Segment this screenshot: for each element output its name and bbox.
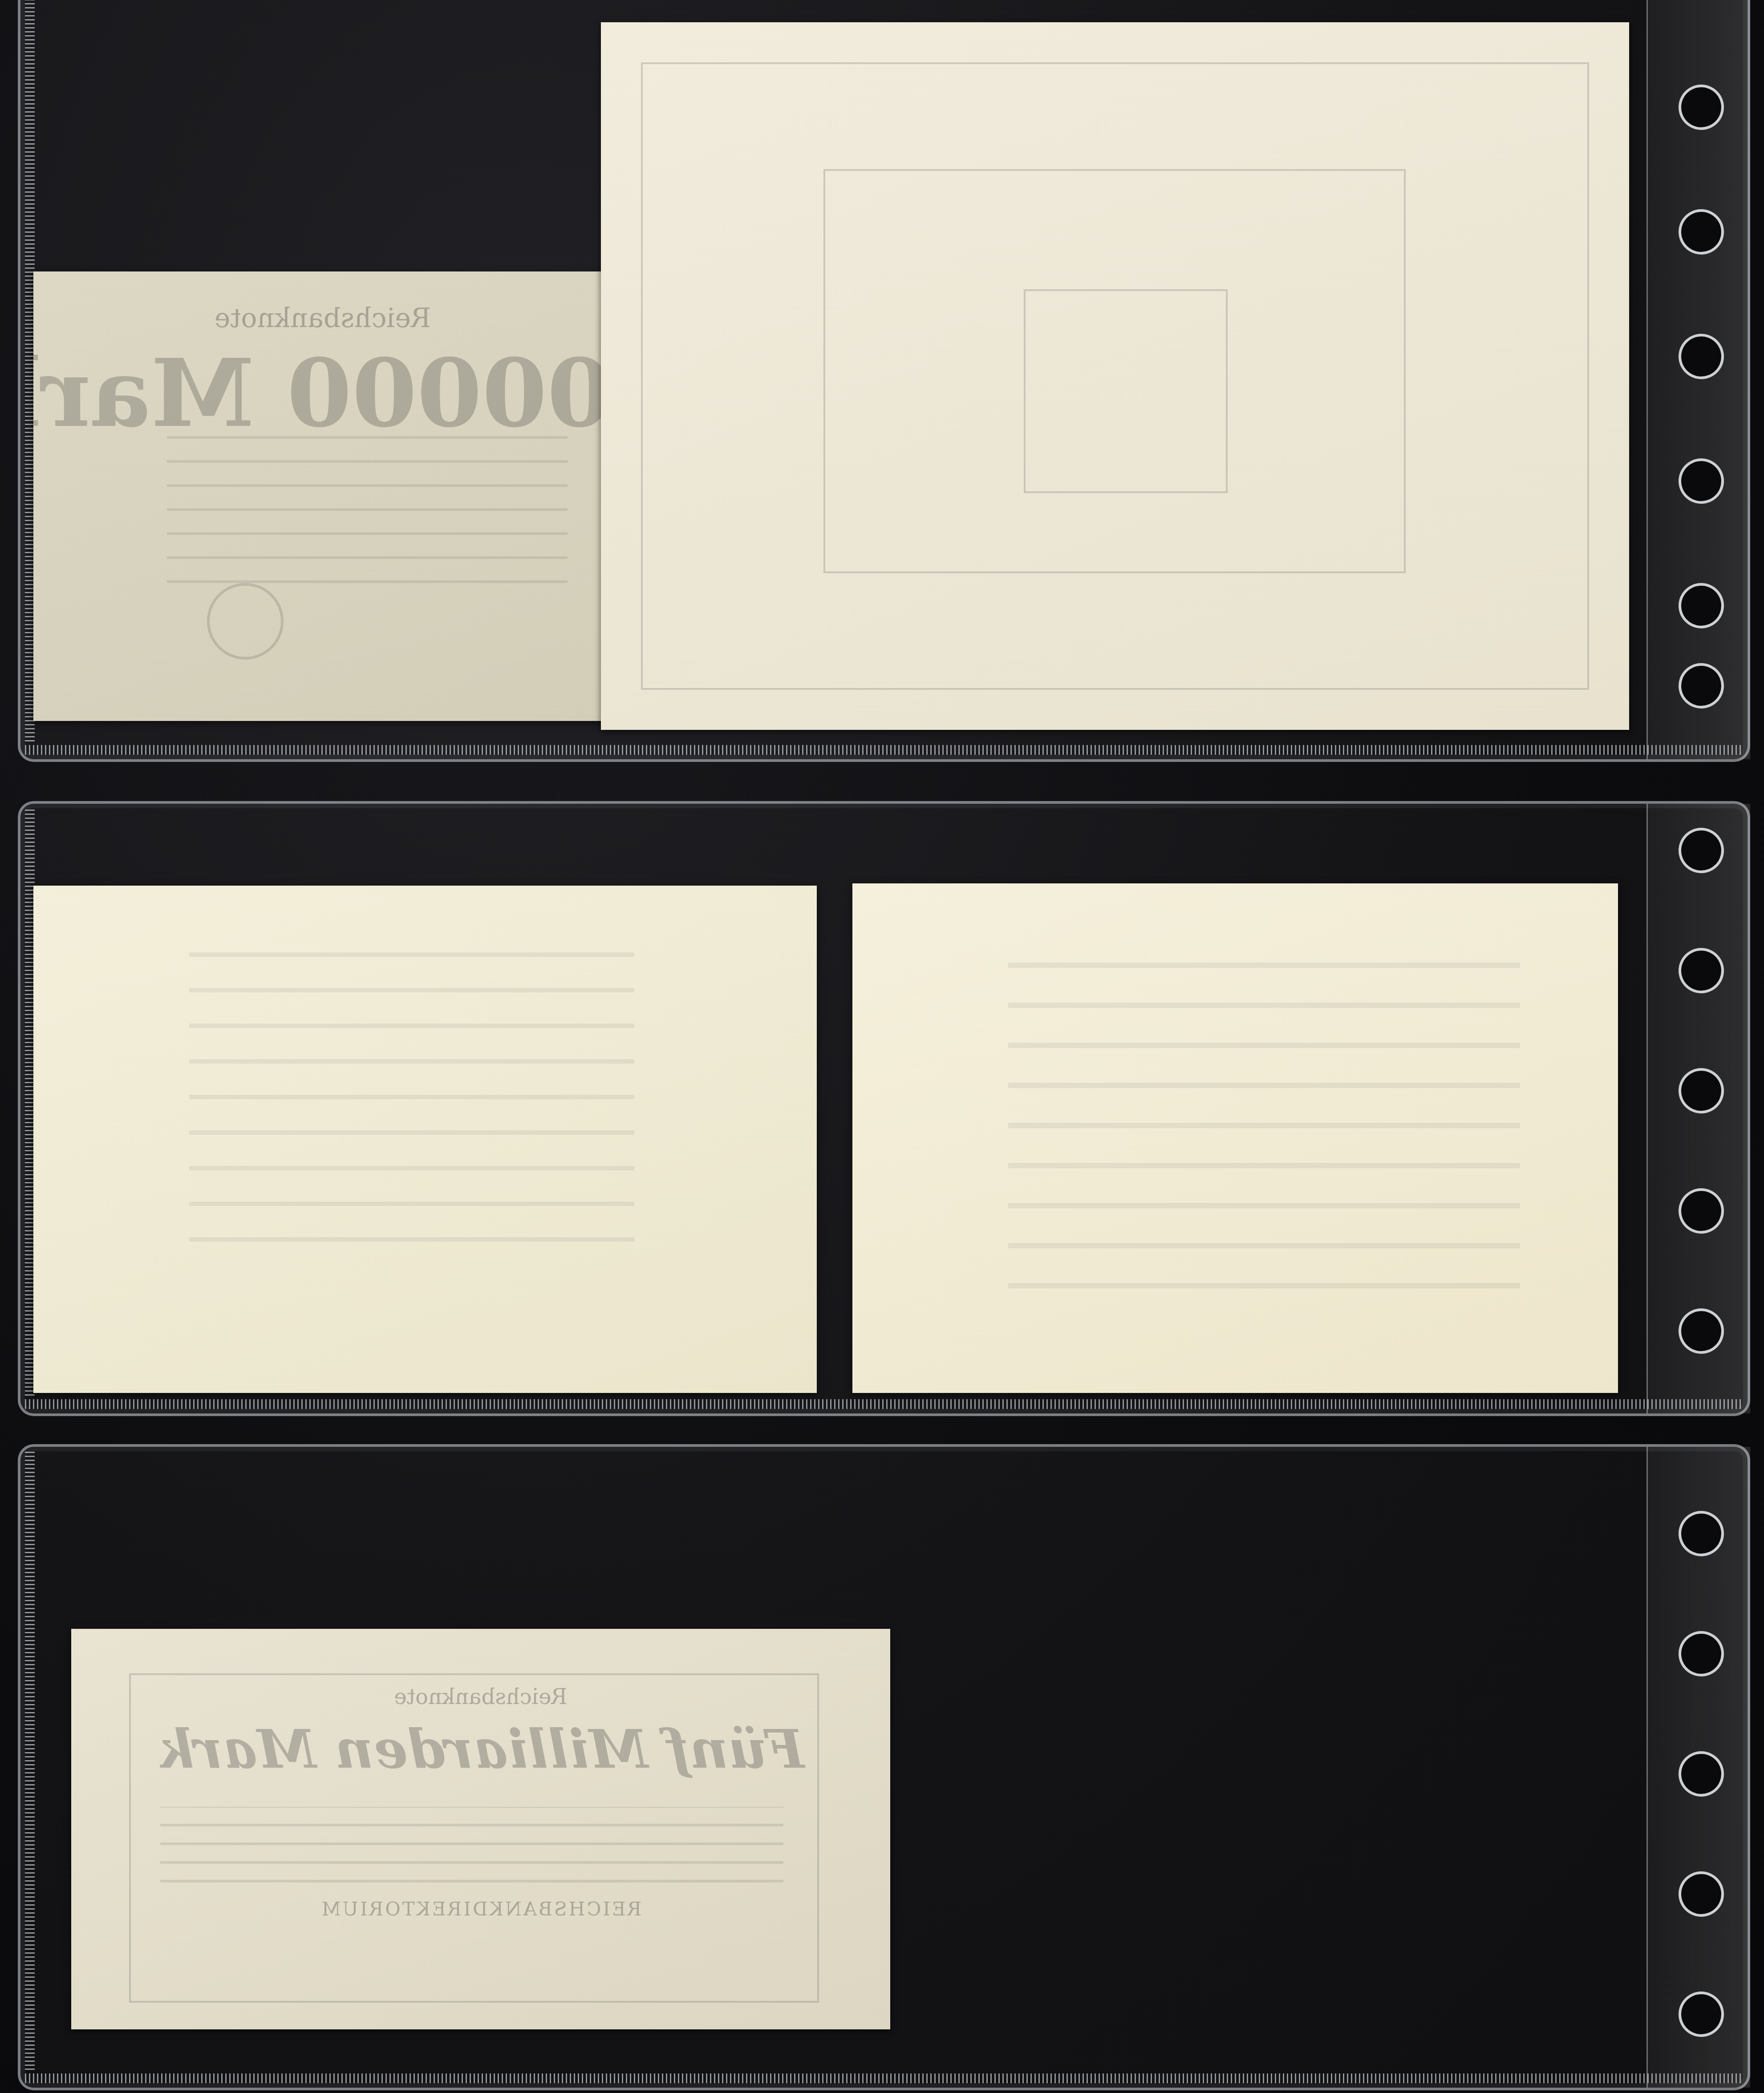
note-value: Fünf Milliarden Mark [71, 1718, 890, 1781]
binder-hole [1681, 1514, 1721, 1554]
banknote-5: Reichsbanknote Fünf Milliarden Mark REIC… [71, 1629, 890, 2029]
note-heading: Reichsbanknote [33, 303, 612, 334]
binder-strip [1646, 1447, 1750, 2088]
binder-hole [1681, 1311, 1721, 1351]
banknote-1: Reichsbanknote 00000 Mark [33, 271, 612, 721]
binder-hole [1681, 212, 1721, 252]
note-seal [207, 583, 284, 660]
binder-hole [1681, 1754, 1721, 1794]
banknote-2 [601, 22, 1629, 730]
binder-hole [1681, 87, 1721, 127]
note-heading: Reichsbanknote [71, 1684, 890, 1709]
binder-hole [1681, 586, 1721, 626]
binder-hole [1681, 1994, 1721, 2034]
binder-strip [1646, 0, 1750, 759]
binder-hole [1681, 336, 1721, 376]
banknote-3 [33, 886, 817, 1393]
banknote-4 [852, 883, 1618, 1393]
note-text-block [167, 432, 568, 583]
note-text-block [160, 1807, 783, 1882]
binder-hole [1681, 1874, 1721, 1914]
binder-hole [1681, 951, 1721, 991]
binder-hole [1681, 830, 1721, 870]
binder-hole [1681, 666, 1721, 706]
note-text-block [1008, 950, 1520, 1288]
binder-hole [1681, 1634, 1721, 1674]
binder-strip [1646, 804, 1750, 1413]
note-footer: REICHSBANKDIREKTORIUM [71, 1898, 890, 1920]
binder-hole [1681, 1191, 1721, 1231]
note-center-box [1024, 289, 1228, 493]
binder-hole [1681, 461, 1721, 501]
note-text-block [189, 952, 634, 1242]
binder-hole [1681, 1071, 1721, 1111]
